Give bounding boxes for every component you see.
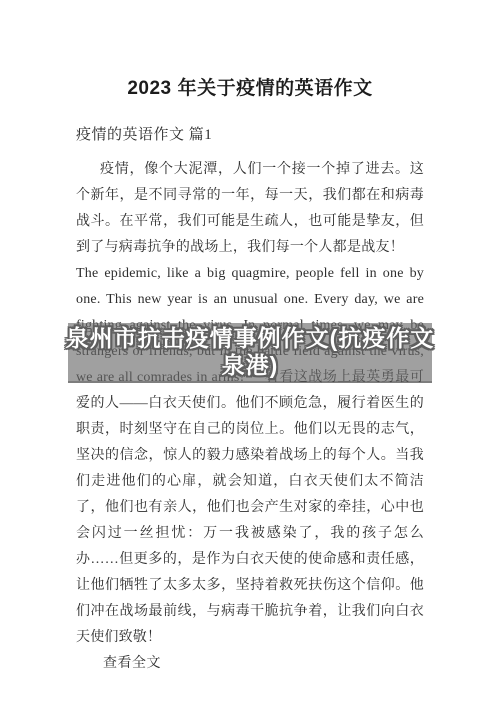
watermark-banner-line1: 泉州市抗击疫情事例作文(抗疫作文 <box>66 325 435 352</box>
page-title: 2023年关于疫情的英语作文 <box>0 0 500 102</box>
view-full-text-link[interactable]: 查看全文 <box>0 651 500 677</box>
essay-chinese-part-1: 疫情，像个大泥潭，人们一个接一个掉了进去。这个新年，是不同寻常的一年，每一天，我… <box>76 162 424 255</box>
essay-chinese-part-2: 看看这战场上最英勇最可爱的人——白衣天使们。他们不顾危急，履行着医生的职责，时刻… <box>76 370 424 645</box>
watermark-banner-line2: 泉港) <box>222 352 279 379</box>
watermark-banner: 泉州市抗击疫情事例作文(抗疫作文 泉港) <box>68 323 432 383</box>
document-page: 2023年关于疫情的英语作文 疫情的英语作文 篇1 疫情，像个大泥潭，人们一个接… <box>0 0 500 706</box>
page-title-text: 年关于疫情的英语作文 <box>178 78 373 99</box>
essay-body: 疫情，像个大泥潭，人们一个接一个掉了进去。这个新年，是不同寻常的一年，每一天，我… <box>0 145 500 651</box>
section-heading: 疫情的英语作文 篇1 <box>0 102 500 145</box>
page-title-year: 2023 <box>127 78 171 99</box>
